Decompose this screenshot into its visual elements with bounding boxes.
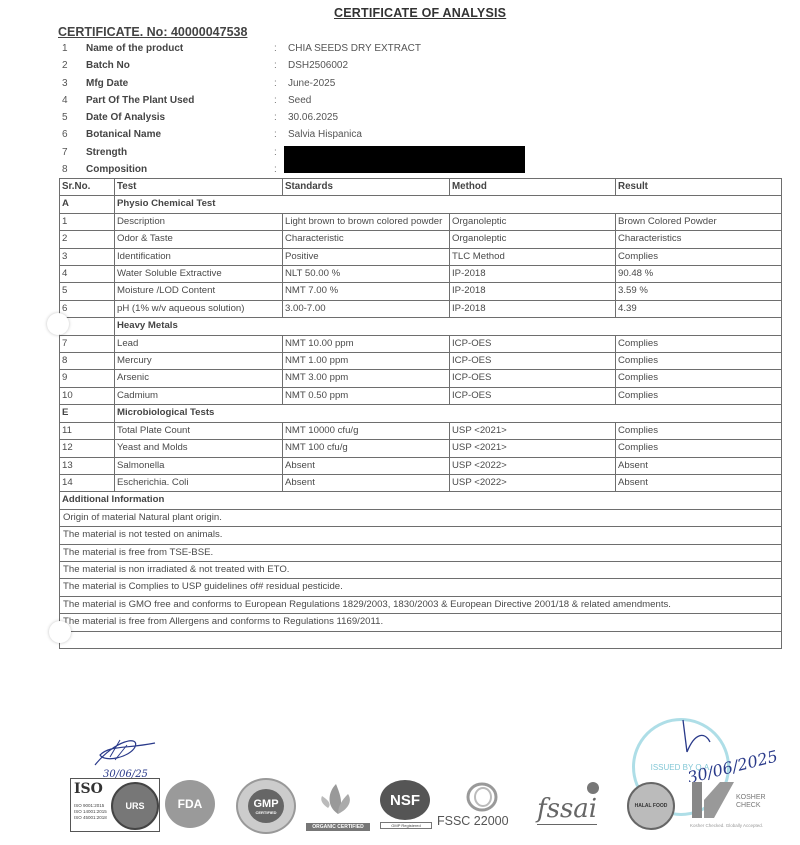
additional-info-row: The material is free from Allergens and …	[60, 614, 782, 631]
cell-test: pH (1% w/v aqueous solution)	[115, 300, 283, 317]
info-value: DSH2506002	[288, 57, 348, 74]
section-title: Physio Chemical Test	[115, 196, 782, 213]
cell-method: ICP-OES	[450, 353, 616, 370]
info-colon: :	[274, 75, 277, 92]
table-row: 14Escherichia. ColiAbsentUSP <2022>Absen…	[60, 474, 782, 491]
redacted-block	[284, 146, 525, 173]
section-title: Microbiological Tests	[115, 405, 782, 422]
cell-standard: NMT 10.00 ppm	[283, 335, 450, 352]
cell-test: Escherichia. Coli	[115, 474, 283, 491]
info-number: 6	[62, 126, 68, 143]
info-label: Strength	[86, 144, 127, 161]
cell-result: Complies	[616, 335, 782, 352]
cell-method: USP <2021>	[450, 440, 616, 457]
certificate-number: CERTIFICATE. No: 40000047538	[58, 25, 247, 39]
info-number: 7	[62, 144, 68, 161]
info-colon: :	[274, 57, 277, 74]
info-colon: :	[274, 109, 277, 126]
fssc-swirl-icon	[437, 780, 527, 814]
info-number: 2	[62, 57, 68, 74]
cell-srno: 9	[60, 370, 115, 387]
info-label: Botanical Name	[86, 126, 161, 143]
cell-method: IP-2018	[450, 283, 616, 300]
cell-test: Description	[115, 213, 283, 230]
cell-result: Complies	[616, 248, 782, 265]
cell-test: Water Soluble Extractive	[115, 266, 283, 283]
cell-test: Odor & Taste	[115, 231, 283, 248]
additional-info-row: The material is Complies to USP guidelin…	[60, 579, 782, 596]
table-row: 7LeadNMT 10.00 ppmICP-OESComplies	[60, 335, 782, 352]
cell-srno: 10	[60, 387, 115, 404]
cell-result: 4.39	[616, 300, 782, 317]
additional-info-line: The material is non irradiated & not tre…	[60, 561, 782, 578]
additional-info-row: Origin of material Natural plant origin.	[60, 509, 782, 526]
punch-hole	[47, 313, 69, 335]
cell-srno: 7	[60, 335, 115, 352]
cell-result: Complies	[616, 370, 782, 387]
fda-logo: FDA	[165, 780, 215, 828]
cell-srno: 2	[60, 231, 115, 248]
cell-result: Complies	[616, 440, 782, 457]
info-row: 4Part Of The Plant Used:Seed	[58, 92, 758, 109]
svg-text:30/06/2025: 30/06/2025	[685, 746, 779, 782]
additional-info-row: The material is not tested on animals.	[60, 527, 782, 544]
organic-logo: ORGANIC CERTIFIED	[306, 778, 370, 830]
info-colon: :	[274, 161, 277, 178]
cell-result: 3.59 %	[616, 283, 782, 300]
additional-info-row	[60, 631, 782, 648]
cell-result: Absent	[616, 474, 782, 491]
cell-result: Absent	[616, 457, 782, 474]
cell-method: USP <2022>	[450, 474, 616, 491]
cell-srno: 14	[60, 474, 115, 491]
cell-standard: Positive	[283, 248, 450, 265]
info-value: CHIA SEEDS DRY EXTRACT	[288, 40, 421, 57]
info-number: 8	[62, 161, 68, 178]
cell-result: Brown Colored Powder	[616, 213, 782, 230]
table-row: 4Water Soluble ExtractiveNLT 50.00 %IP-2…	[60, 266, 782, 283]
cell-result: Characteristics	[616, 231, 782, 248]
kosher-k-icon	[690, 780, 740, 820]
cell-method: IP-2018	[450, 300, 616, 317]
cell-test: Yeast and Molds	[115, 440, 283, 457]
header-srno: Sr.No.	[60, 179, 115, 196]
iso-standard-line: ISO 45001:2018	[74, 815, 107, 821]
table-row: 9ArsenicNMT 3.00 ppmICP-OESComplies	[60, 370, 782, 387]
info-number: 3	[62, 75, 68, 92]
cell-srno: 11	[60, 422, 115, 439]
header-method: Method	[450, 179, 616, 196]
section-row: EMicrobiological Tests	[60, 405, 782, 422]
info-number: 4	[62, 92, 68, 109]
additional-info-line: The material is free from TSE-BSE.	[60, 544, 782, 561]
section-row: Heavy Metals	[60, 318, 782, 335]
info-number: 5	[62, 109, 68, 126]
additional-info-line: The material is free from Allergens and …	[60, 614, 782, 631]
kosher-logo: KOSHER CHECK Kosher Checked. Globally Ac…	[690, 780, 800, 832]
info-number: 1	[62, 40, 68, 57]
cell-standard: NMT 1.00 ppm	[283, 353, 450, 370]
cell-srno: 8	[60, 353, 115, 370]
table-row: 13SalmonellaAbsentUSP <2022>Absent	[60, 457, 782, 474]
section-code: A	[60, 196, 115, 213]
cell-srno: 4	[60, 266, 115, 283]
cell-test: Moisture /LOD Content	[115, 283, 283, 300]
iso-logo: ISO ISO 9001:2015ISO 14001:2015ISO 45001…	[70, 778, 160, 832]
document-title: CERTIFICATE OF ANALYSIS	[334, 6, 506, 20]
info-row: 1Name of the product:CHIA SEEDS DRY EXTR…	[58, 40, 758, 57]
additional-info-row: The material is GMO free and conforms to…	[60, 596, 782, 613]
section-title: Heavy Metals	[115, 318, 782, 335]
cell-method: USP <2022>	[450, 457, 616, 474]
info-value: 30.06.2025	[288, 109, 338, 126]
info-label: Mfg Date	[86, 75, 128, 92]
punch-hole	[49, 621, 71, 643]
info-label: Composition	[86, 161, 147, 178]
header-standards: Standards	[283, 179, 450, 196]
cell-method: ICP-OES	[450, 335, 616, 352]
halal-logo: HALAL FOOD	[627, 782, 675, 830]
table-row: 8MercuryNMT 1.00 ppmICP-OESComplies	[60, 353, 782, 370]
analysis-table: Sr.No. Test Standards Method Result APhy…	[59, 178, 782, 649]
header-test: Test	[115, 179, 283, 196]
cell-srno: 3	[60, 248, 115, 265]
additional-info-row: The material is free from TSE-BSE.	[60, 544, 782, 561]
info-label: Date Of Analysis	[86, 109, 165, 126]
cell-test: Total Plate Count	[115, 422, 283, 439]
table-row: 11Total Plate CountNMT 10000 cfu/gUSP <2…	[60, 422, 782, 439]
cell-standard: 3.00-7.00	[283, 300, 450, 317]
cell-test: Lead	[115, 335, 283, 352]
info-value: Seed	[288, 92, 311, 109]
cell-result: Complies	[616, 422, 782, 439]
additional-info-line: The material is GMO free and conforms to…	[60, 596, 782, 613]
info-label: Name of the product	[86, 40, 183, 57]
table-row: 5Moisture /LOD ContentNMT 7.00 %IP-20183…	[60, 283, 782, 300]
cell-standard: NMT 0.50 ppm	[283, 387, 450, 404]
cell-standard: Light brown to brown colored powder	[283, 213, 450, 230]
cell-standard: Absent	[283, 457, 450, 474]
urs-seal: URS	[111, 782, 159, 830]
table-row: 3IdentificationPositiveTLC MethodComplie…	[60, 248, 782, 265]
cell-standard: NLT 50.00 %	[283, 266, 450, 283]
cell-method: USP <2021>	[450, 422, 616, 439]
section-row: APhysio Chemical Test	[60, 196, 782, 213]
cell-srno: 6	[60, 300, 115, 317]
cell-method: Organoleptic	[450, 213, 616, 230]
cell-standard: Absent	[283, 474, 450, 491]
cell-method: IP-2018	[450, 266, 616, 283]
info-colon: :	[274, 40, 277, 57]
signature-left: 30/06/25	[85, 735, 165, 780]
cell-method: TLC Method	[450, 248, 616, 265]
fssc-logo: FSSC 22000	[437, 780, 527, 832]
cell-standard: NMT 10000 cfu/g	[283, 422, 450, 439]
cell-method: ICP-OES	[450, 387, 616, 404]
cell-standard: NMT 7.00 %	[283, 283, 450, 300]
info-row: 3Mfg Date:June-2025	[58, 75, 758, 92]
additional-info-title: Additional Information	[60, 492, 782, 509]
additional-info-row: The material is non irradiated & not tre…	[60, 561, 782, 578]
additional-info-line: Origin of material Natural plant origin.	[60, 509, 782, 526]
info-row: 5Date Of Analysis:30.06.2025	[58, 109, 758, 126]
info-label: Batch No	[86, 57, 130, 74]
additional-info-line: The material is not tested on animals.	[60, 527, 782, 544]
table-row: 10CadmiumNMT 0.50 ppmICP-OESComplies	[60, 387, 782, 404]
cell-test: Salmonella	[115, 457, 283, 474]
cell-srno: 5	[60, 283, 115, 300]
cell-standard: NMT 3.00 ppm	[283, 370, 450, 387]
cell-result: Complies	[616, 353, 782, 370]
cell-result: Complies	[616, 387, 782, 404]
additional-info-header: Additional Information	[60, 492, 782, 509]
table-header-row: Sr.No. Test Standards Method Result	[60, 179, 782, 196]
info-value: Salvia Hispanica	[288, 126, 362, 143]
info-colon: :	[274, 144, 277, 161]
fssai-logo: fssai	[537, 780, 615, 832]
cell-test: Cadmium	[115, 387, 283, 404]
additional-info-line: The material is Complies to USP guidelin…	[60, 579, 782, 596]
table-row: 6pH (1% w/v aqueous solution)3.00-7.00IP…	[60, 300, 782, 317]
info-row: 6Botanical Name:Salvia Hispanica	[58, 126, 758, 143]
table-row: 1DescriptionLight brown to brown colored…	[60, 213, 782, 230]
cell-method: ICP-OES	[450, 370, 616, 387]
info-row: 2Batch No:DSH2506002	[58, 57, 758, 74]
cell-test: Mercury	[115, 353, 283, 370]
cell-srno: 12	[60, 440, 115, 457]
cell-test: Identification	[115, 248, 283, 265]
info-value: June-2025	[288, 75, 335, 92]
cell-standard: Characteristic	[283, 231, 450, 248]
cell-srno: 13	[60, 457, 115, 474]
gmp-logo: GMP CERTIFIED	[236, 778, 296, 834]
table-row: 12Yeast and MoldsNMT 100 cfu/gUSP <2021>…	[60, 440, 782, 457]
info-colon: :	[274, 92, 277, 109]
info-colon: :	[274, 126, 277, 143]
fssai-dot-icon	[587, 782, 599, 794]
section-code: E	[60, 405, 115, 422]
cell-test: Arsenic	[115, 370, 283, 387]
signature-right: 30/06/2025	[665, 712, 800, 782]
table-row: 2Odor & TasteCharacteristicOrganolepticC…	[60, 231, 782, 248]
cell-result: 90.48 %	[616, 266, 782, 283]
header-result: Result	[616, 179, 782, 196]
info-label: Part Of The Plant Used	[86, 92, 194, 109]
leaf-icon	[306, 778, 370, 818]
cell-srno: 1	[60, 213, 115, 230]
additional-info-line	[60, 631, 782, 648]
cell-standard: NMT 100 cfu/g	[283, 440, 450, 457]
cell-method: Organoleptic	[450, 231, 616, 248]
nsf-logo: NSF GMP Registered	[380, 780, 432, 832]
